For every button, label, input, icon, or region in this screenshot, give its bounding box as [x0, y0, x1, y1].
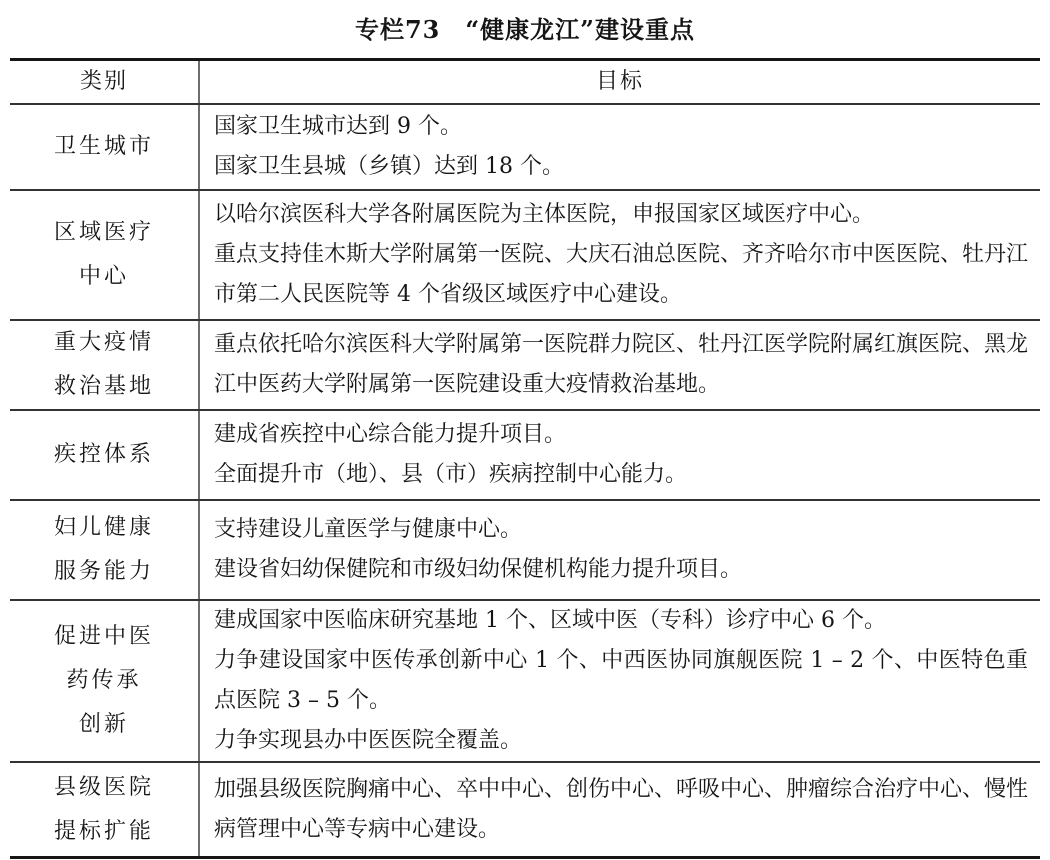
category-line: 创新 — [79, 703, 129, 747]
table-row-disease-control-system: 疾控体系 建成省疾控中心综合能力提升项目。 全面提升市（地）、县（市）疾病控制中… — [10, 411, 1040, 501]
category-line: 中心 — [79, 255, 129, 299]
category-cell: 妇儿健康 服务能力 — [10, 501, 200, 599]
target-item: 以哈尔滨医科大学各附属医院为主体医院，申报国家区域医疗中心。 — [214, 195, 1028, 235]
key-points-table: 类别 目标 卫生城市 国家卫生城市达到 9 个。 国家卫生县城（乡镇）达到 18… — [10, 58, 1040, 859]
category-line: 卫生城市 — [54, 125, 154, 169]
header-category: 类别 — [10, 61, 200, 103]
table-row-maternal-child-health: 妇儿健康 服务能力 支持建设儿童医学与健康中心。 建设省妇幼保健院和市级妇幼保健… — [10, 501, 1040, 601]
target-item: 建成国家中医临床研究基地 1 个、区域中医（专科）诊疗中心 6 个。 — [214, 601, 1028, 641]
target-cell: 国家卫生城市达到 9 个。 国家卫生县城（乡镇）达到 18 个。 — [200, 105, 1040, 189]
table-header-row: 类别 目标 — [10, 61, 1040, 105]
category-line: 区域医疗 — [54, 211, 154, 255]
table-row-county-hospital-upgrade: 县级医院 提标扩能 加强县级医院胸痛中心、卒中中心、创伤中心、呼吸中心、肿瘤综合… — [10, 763, 1040, 856]
target-item: 支持建设儿童医学与健康中心。 — [214, 510, 1028, 550]
table-row-hygienic-city: 卫生城市 国家卫生城市达到 9 个。 国家卫生县城（乡镇）达到 18 个。 — [10, 105, 1040, 191]
category-cell: 疾控体系 — [10, 411, 200, 499]
category-cell: 卫生城市 — [10, 105, 200, 189]
category-cell: 区域医疗 中心 — [10, 191, 200, 319]
target-cell: 建成国家中医临床研究基地 1 个、区域中医（专科）诊疗中心 6 个。 力争建设国… — [200, 601, 1040, 761]
target-cell: 建成省疾控中心综合能力提升项目。 全面提升市（地）、县（市）疾病控制中心能力。 — [200, 411, 1040, 499]
header-target: 目标 — [200, 61, 1040, 103]
category-line: 提标扩能 — [54, 810, 154, 854]
category-cell: 县级医院 提标扩能 — [10, 763, 200, 856]
target-item: 加强县级医院胸痛中心、卒中中心、创伤中心、呼吸中心、肿瘤综合治疗中心、慢性病管理… — [214, 770, 1028, 850]
target-item: 建成省疾控中心综合能力提升项目。 — [214, 415, 1028, 455]
target-cell: 支持建设儿童医学与健康中心。 建设省妇幼保健院和市级妇幼保健机构能力提升项目。 — [200, 501, 1040, 599]
target-item: 国家卫生城市达到 9 个。 — [214, 107, 1028, 147]
table-row-tcm-inheritance-innovation: 促进中医 药传承 创新 建成国家中医临床研究基地 1 个、区域中医（专科）诊疗中… — [10, 601, 1040, 763]
target-cell: 加强县级医院胸痛中心、卒中中心、创伤中心、呼吸中心、肿瘤综合治疗中心、慢性病管理… — [200, 763, 1040, 856]
category-line: 救治基地 — [54, 365, 154, 409]
target-item: 重点支持佳木斯大学附属第一医院、大庆石油总医院、齐齐哈尔市中医医院、牡丹江市第二… — [214, 235, 1028, 315]
target-item: 力争实现县办中医医院全覆盖。 — [214, 721, 1028, 761]
category-cell: 重大疫情 救治基地 — [10, 321, 200, 409]
target-item: 建设省妇幼保健院和市级妇幼保健机构能力提升项目。 — [214, 550, 1028, 590]
target-item: 力争建设国家中医传承创新中心 1 个、中西医协同旗舰医院 1 – 2 个、中医特… — [214, 641, 1028, 721]
category-line: 服务能力 — [54, 550, 154, 594]
table-title: 专栏73 “健康龙江”建设重点 — [0, 10, 1050, 45]
category-cell: 促进中医 药传承 创新 — [10, 601, 200, 761]
target-item: 国家卫生县城（乡镇）达到 18 个。 — [214, 147, 1028, 187]
target-item: 重点依托哈尔滨医科大学附属第一医院群力院区、牡丹江医学院附属红旗医院、黑龙江中医… — [214, 325, 1028, 405]
category-line: 妇儿健康 — [54, 506, 154, 550]
category-line: 疾控体系 — [54, 433, 154, 477]
target-cell: 重点依托哈尔滨医科大学附属第一医院群力院区、牡丹江医学院附属红旗医院、黑龙江中医… — [200, 321, 1040, 409]
target-cell: 以哈尔滨医科大学各附属医院为主体医院，申报国家区域医疗中心。 重点支持佳木斯大学… — [200, 191, 1040, 319]
table-row-epidemic-treatment-base: 重大疫情 救治基地 重点依托哈尔滨医科大学附属第一医院群力院区、牡丹江医学院附属… — [10, 321, 1040, 411]
table-row-regional-medical-center: 区域医疗 中心 以哈尔滨医科大学各附属医院为主体医院，申报国家区域医疗中心。 重… — [10, 191, 1040, 321]
category-line: 促进中医 — [54, 615, 154, 659]
category-line: 县级医院 — [54, 766, 154, 810]
category-line: 药传承 — [66, 659, 141, 703]
category-line: 重大疫情 — [54, 321, 154, 365]
target-item: 全面提升市（地）、县（市）疾病控制中心能力。 — [214, 455, 1028, 495]
